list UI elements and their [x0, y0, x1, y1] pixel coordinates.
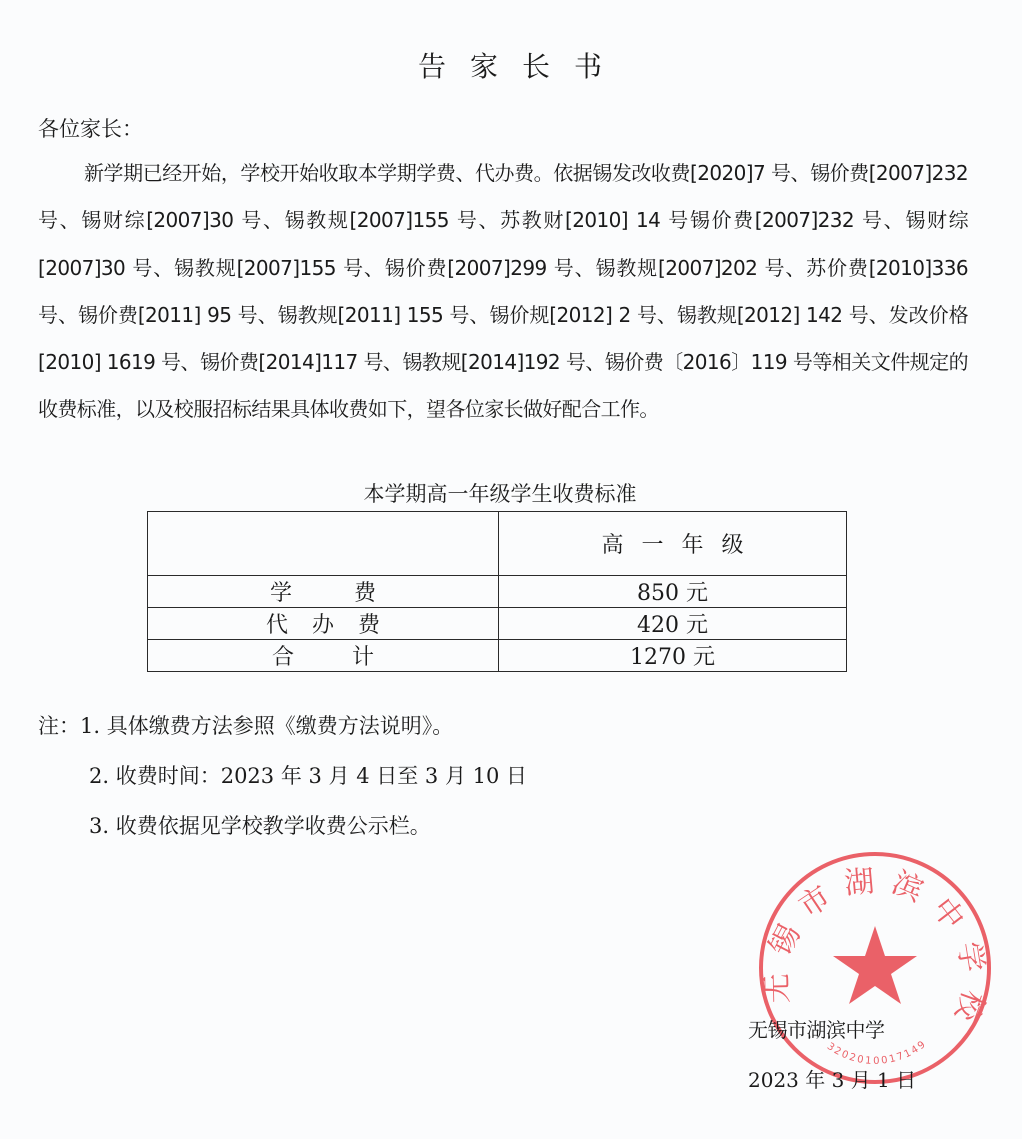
body-paragraph: 新学期已经开始，学校开始收取本学期学费、代办费。依据锡发改收费[2020]7 号…: [38, 150, 968, 434]
note-item: 注： 1. 具体缴费方法参照《缴费方法说明》。: [38, 700, 527, 750]
fee-table: 高一年级 学费 850 元 代办费 420 元 合计 1270 元: [147, 511, 847, 672]
note-item: 3. 收费依据见学校教学收费公示栏。: [38, 800, 527, 850]
table-row: 代办费 420 元: [148, 608, 847, 640]
fee-total-label: 合计: [214, 645, 432, 670]
document-title: 告家长书: [0, 45, 1022, 85]
notes-section: 注： 1. 具体缴费方法参照《缴费方法说明》。 2. 收费时间：2023 年 3…: [38, 700, 527, 850]
fee-table-header: 高一年级: [148, 512, 847, 576]
greeting: 各位家长：: [38, 113, 143, 143]
fee-item-label: 学费: [208, 581, 438, 606]
fee-item-label: 代办费: [242, 613, 404, 638]
grade-label: 高一年级: [583, 533, 761, 558]
fee-amount: 420 元: [499, 608, 847, 640]
header-grade-cell: 高一年级: [499, 512, 847, 576]
header-empty-cell: [148, 512, 499, 576]
signature-block: 无锡市湖滨中学 2023 年 3 月 1 日: [748, 1005, 916, 1105]
fee-table-caption: 本学期高一年级学生收费标准: [150, 478, 850, 508]
fee-total-amount: 1270 元: [499, 640, 847, 672]
notice-page: 告家长书 各位家长： 新学期已经开始，学校开始收取本学期学费、代办费。依据锡发改…: [0, 0, 1022, 1139]
notes-prefix: 注：: [38, 710, 80, 740]
signature-date: 2023 年 3 月 1 日: [748, 1055, 916, 1105]
note-item: 2. 收费时间：2023 年 3 月 4 日至 3 月 10 日: [38, 750, 527, 800]
table-row: 合计 1270 元: [148, 640, 847, 672]
signature-organization: 无锡市湖滨中学: [748, 1005, 916, 1055]
table-row: 学费 850 元: [148, 576, 847, 608]
fee-amount: 850 元: [499, 576, 847, 608]
